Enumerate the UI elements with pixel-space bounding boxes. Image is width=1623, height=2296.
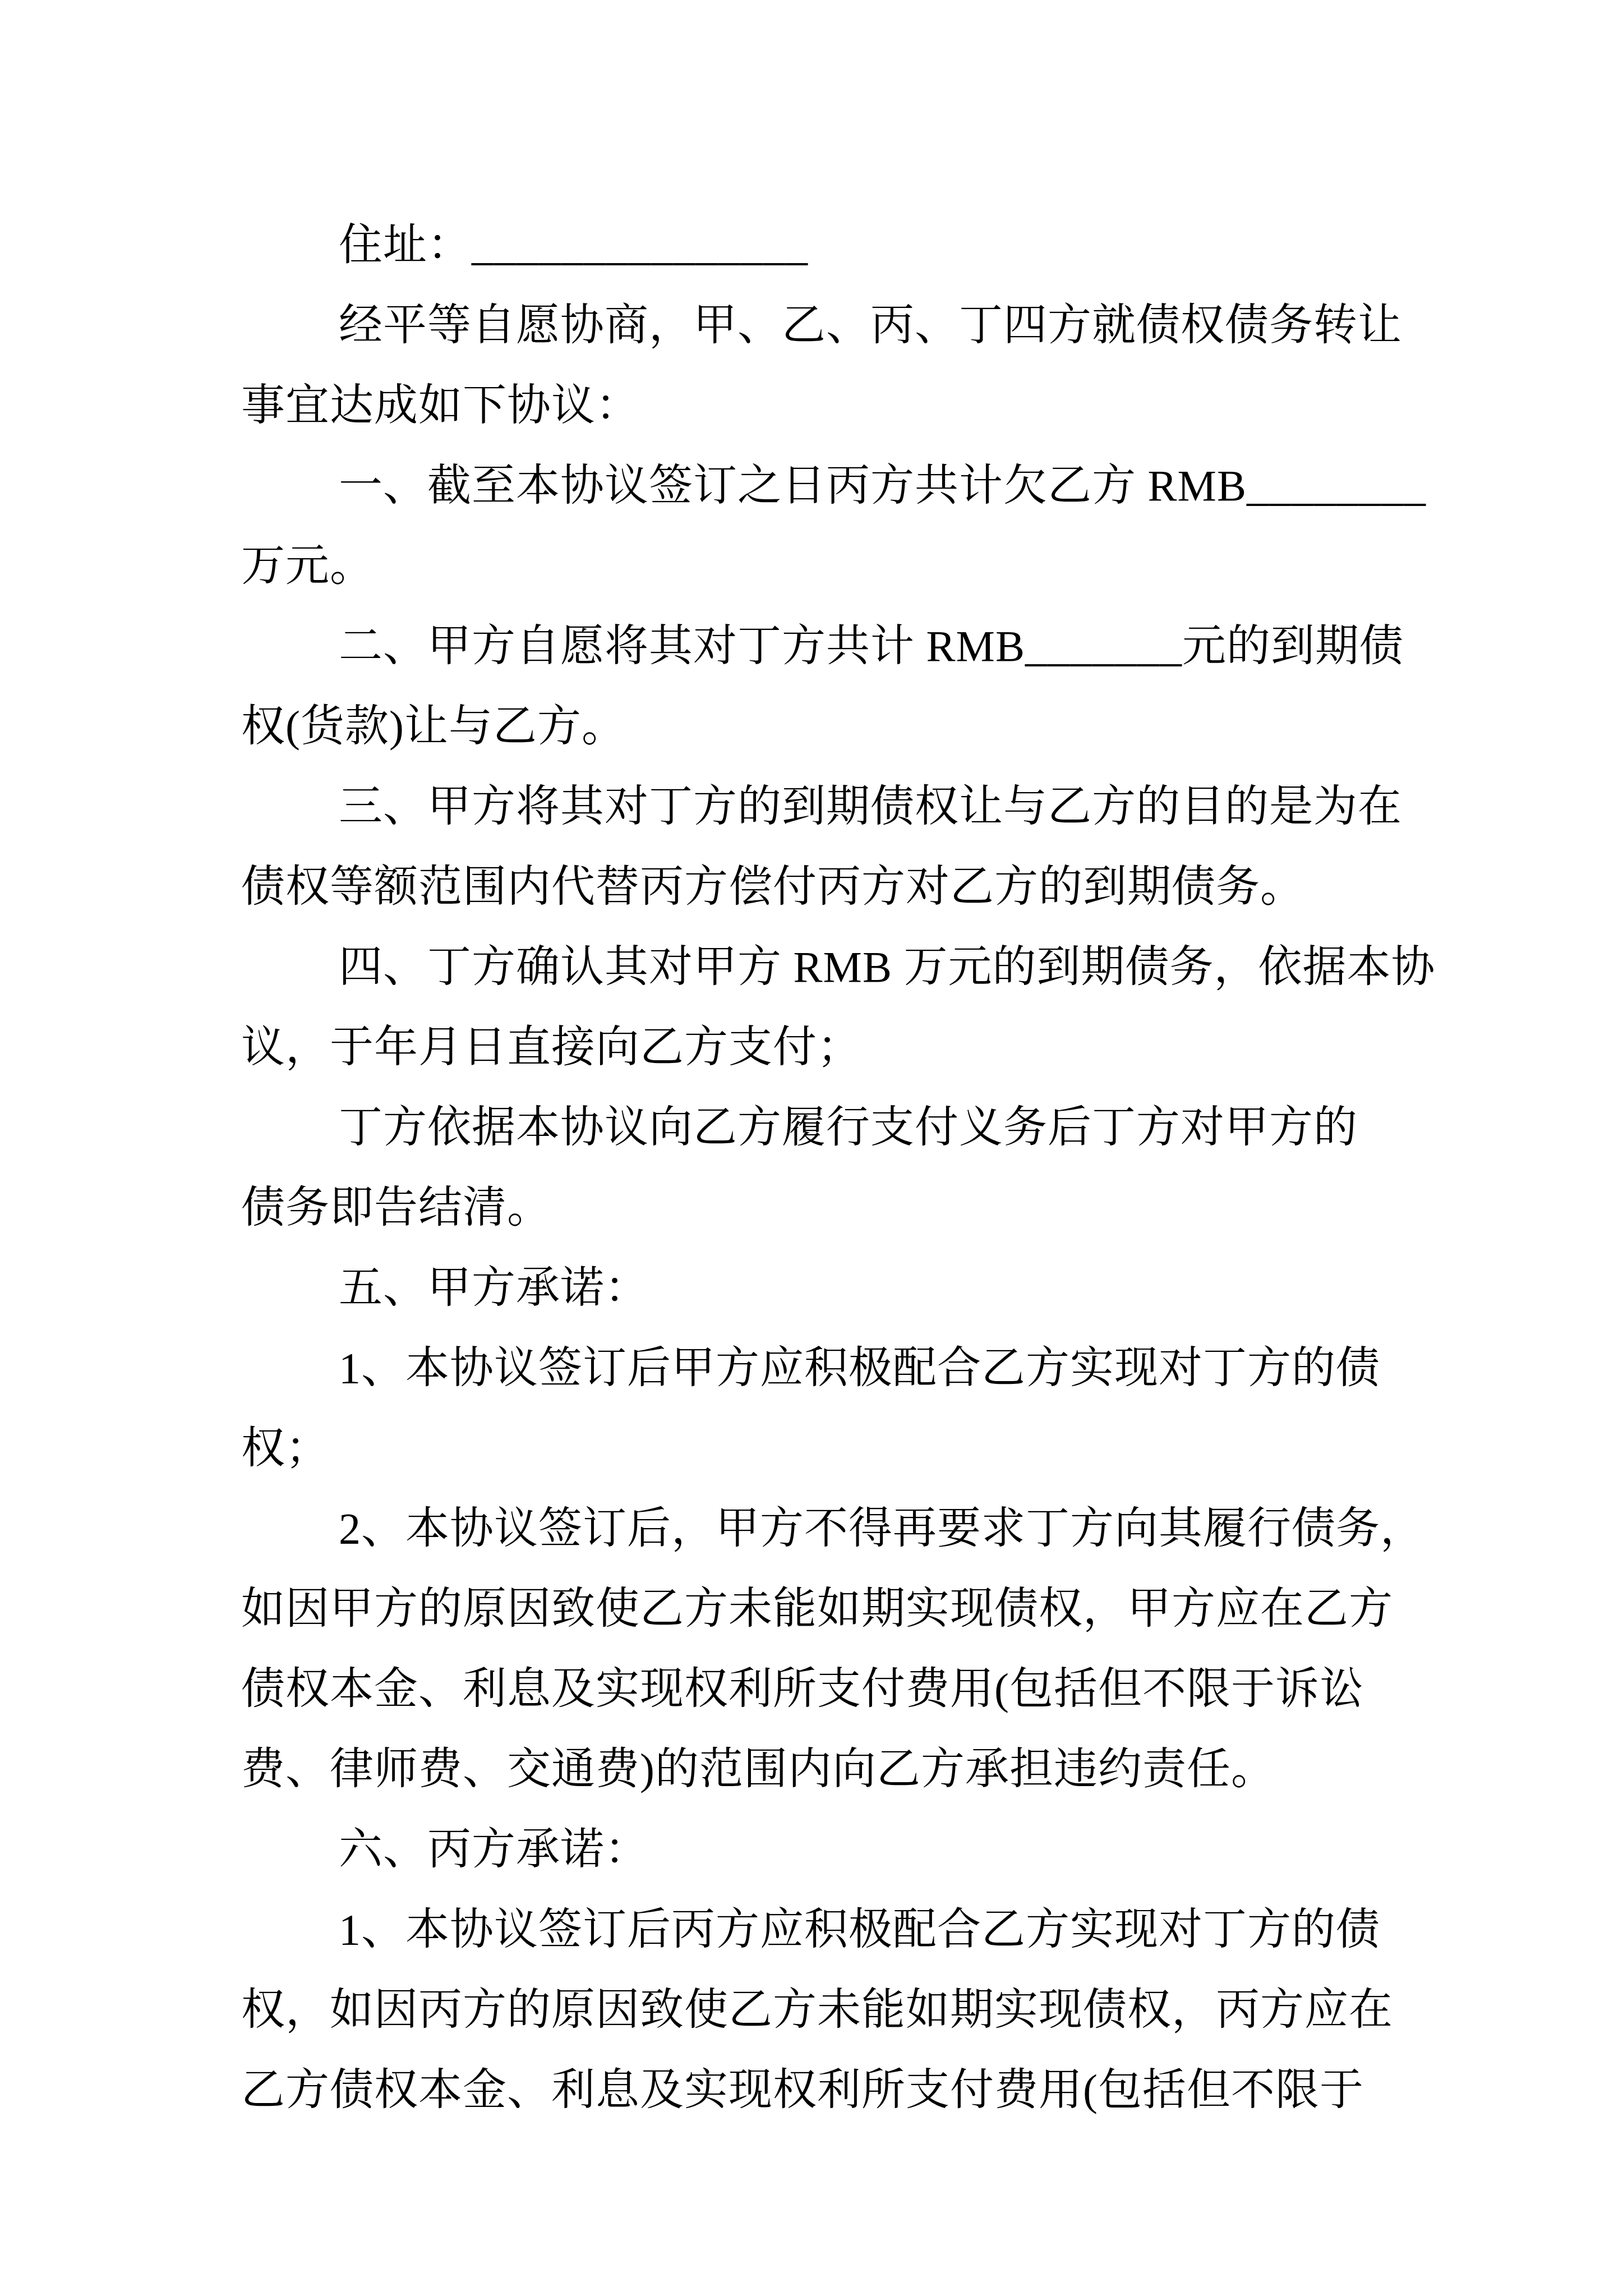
document-line: 债权等额范围内代替丙方偿付丙方对乙方的到期债务。 [241,846,1390,927]
document-line: 权； [241,1408,1390,1488]
document-line: 权，如因丙方的原因致使乙方未能如期实现债权，丙方应在 [241,1970,1390,2050]
document-line: 议，于年月日直接向乙方支付； [241,1007,1390,1087]
document-line: 六、丙方承诺： [241,1809,1390,1889]
document-line: 住址：_______________ [241,205,1390,285]
document-line: 费、律师费、交通费)的范围内向乙方承担违约责任。 [241,1729,1390,1809]
document-line: 2、本协议签订后，甲方不得再要求丁方向其履行债务， [241,1488,1390,1568]
contract-page: 住址：_______________ 经平等自愿协商，甲、乙、丙、丁四方就债权债… [0,0,1623,2296]
document-line: 权(货款)让与乙方。 [241,686,1390,766]
document-line: 乙方债权本金、利息及实现权利所支付费用(包括但不限于 [241,2050,1390,2130]
document-line: 如因甲方的原因致使乙方未能如期实现债权，甲方应在乙方 [241,1568,1390,1649]
document-line: 债权本金、利息及实现权利所支付费用(包括但不限于诉讼 [241,1649,1390,1729]
document-line: 经平等自愿协商，甲、乙、丙、丁四方就债权债务转让 [241,285,1390,365]
document-line: 三、甲方将其对丁方的到期债权让与乙方的目的是为在 [241,766,1390,846]
document-line: 债务即告结清。 [241,1167,1390,1248]
document-line: 二、甲方自愿将其对丁方共计 RMB_______元的到期债 [241,606,1390,686]
document-line: 万元。 [241,526,1390,606]
document-line: 五、甲方承诺： [241,1248,1390,1328]
document-line: 一、截至本协议签订之日丙方共计欠乙方 RMB________ [241,445,1390,526]
document-line: 四、丁方确认其对甲方 RMB 万元的到期债务，依据本协 [241,927,1390,1007]
document-line: 事宜达成如下协议： [241,365,1390,445]
document-line: 1、本协议签订后甲方应积极配合乙方实现对丁方的债 [241,1328,1390,1408]
document-line: 1、本协议签订后丙方应积极配合乙方实现对丁方的债 [241,1889,1390,1970]
document-line: 丁方依据本协议向乙方履行支付义务后丁方对甲方的 [241,1087,1390,1167]
